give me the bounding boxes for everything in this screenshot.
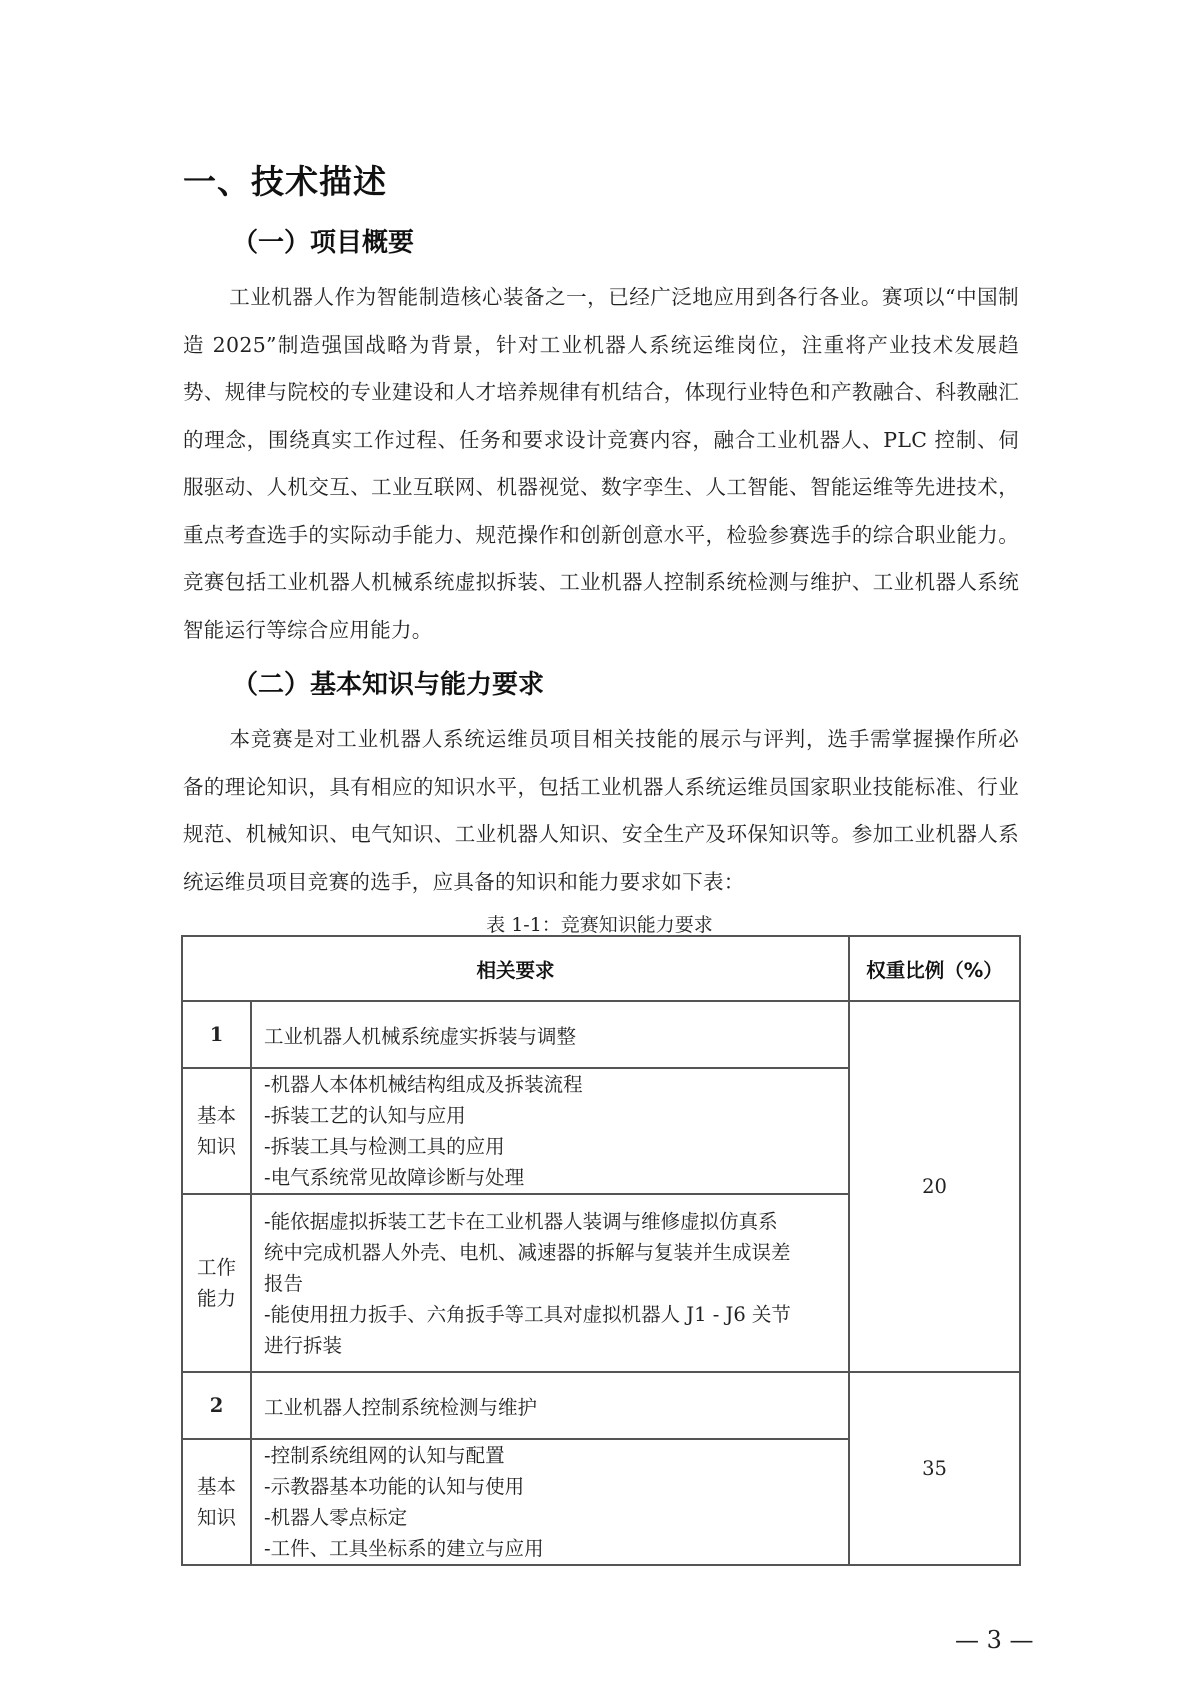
- category-label-line: 知识: [183, 1131, 250, 1162]
- table-caption: 表 1-1：竞赛知识能力要求: [0, 910, 1199, 937]
- list-item: -机器人零点标定: [264, 1502, 848, 1533]
- table-header-row: 相关要求 权重比例（%）: [182, 936, 1020, 1001]
- list-item: -机器人本体机械结构组成及拆装流程: [264, 1069, 848, 1100]
- basic-knowledge-list: -机器人本体机械结构组成及拆装流程 -拆装工艺的认知与应用 -拆装工具与检测工具…: [251, 1068, 849, 1194]
- requirements-paragraph: 本竞赛是对工业机器人系统运维员项目相关技能的展示与评判，选手需掌握操作所必备的理…: [183, 716, 1019, 906]
- list-item: -电气系统常见故障诊断与处理: [264, 1162, 848, 1193]
- document-page: 一、技术描述 （一）项目概要 工业机器人作为智能制造核心装备之一，已经广泛地应用…: [0, 0, 1199, 1696]
- list-item: -工件、工具坐标系的建立与应用: [264, 1533, 848, 1564]
- list-item: -示教器基本功能的认知与使用: [264, 1471, 848, 1502]
- list-line: -能使用扭力扳手、六角扳手等工具对虚拟机器人 J1 - J6 关节: [264, 1299, 848, 1330]
- category-label-line: 知识: [183, 1502, 250, 1533]
- group-title: 工业机器人控制系统检测与维护: [251, 1372, 849, 1439]
- category-label-line: 基本: [183, 1100, 250, 1131]
- list-line: 报告: [264, 1268, 848, 1299]
- category-label-basic: 基本 知识: [182, 1068, 251, 1194]
- overview-paragraph-text: 工业机器人作为智能制造核心装备之一，已经广泛地应用到各行各业。赛项以“中国制造 …: [183, 285, 1019, 642]
- section-title: 一、技术描述: [183, 156, 387, 203]
- category-label-work: 工作 能力: [182, 1194, 251, 1372]
- list-line: -能依据虚拟拆装工艺卡在工业机器人装调与维修虚拟仿真系: [264, 1206, 848, 1237]
- group-title: 工业机器人机械系统虚实拆装与调整: [251, 1001, 849, 1068]
- table-row-group-2-title: 2 工业机器人控制系统检测与维护 35: [182, 1372, 1020, 1439]
- category-label-line: 基本: [183, 1471, 250, 1502]
- category-label-line: 工作: [183, 1252, 250, 1283]
- overview-paragraph: 工业机器人作为智能制造核心装备之一，已经广泛地应用到各行各业。赛项以“中国制造 …: [183, 274, 1019, 654]
- list-item: -拆装工具与检测工具的应用: [264, 1131, 848, 1162]
- group-number: 1: [182, 1001, 251, 1068]
- list-item: -控制系统组网的认知与配置: [264, 1440, 848, 1471]
- requirements-paragraph-text: 本竞赛是对工业机器人系统运维员项目相关技能的展示与评判，选手需掌握操作所必备的理…: [183, 727, 1019, 894]
- list-line: 进行拆装: [264, 1330, 848, 1361]
- category-label-basic: 基本 知识: [182, 1439, 251, 1565]
- list-line: 统中完成机器人外壳、电机、减速器的拆解与复装并生成误差: [264, 1237, 848, 1268]
- group-number: 2: [182, 1372, 251, 1439]
- subsection-title-requirements: （二）基本知识与能力要求: [232, 664, 544, 701]
- group-weight: 20: [849, 1001, 1020, 1372]
- list-item: -拆装工艺的认知与应用: [264, 1100, 848, 1131]
- group-weight: 35: [849, 1372, 1020, 1565]
- header-requirements: 相关要求: [182, 936, 849, 1001]
- work-ability-list: -能依据虚拟拆装工艺卡在工业机器人装调与维修虚拟仿真系 统中完成机器人外壳、电机…: [251, 1194, 849, 1372]
- basic-knowledge-list: -控制系统组网的认知与配置 -示教器基本功能的认知与使用 -机器人零点标定 -工…: [251, 1439, 849, 1565]
- subsection-title-overview: （一）项目概要: [232, 222, 414, 259]
- category-label-line: 能力: [183, 1283, 250, 1314]
- page-number: — 3 —: [955, 1626, 1034, 1654]
- table-row-group-1-title: 1 工业机器人机械系统虚实拆装与调整 20: [182, 1001, 1020, 1068]
- header-weight: 权重比例（%）: [849, 936, 1020, 1001]
- requirements-table: 相关要求 权重比例（%） 1 工业机器人机械系统虚实拆装与调整 20 基本 知识…: [181, 935, 1021, 1566]
